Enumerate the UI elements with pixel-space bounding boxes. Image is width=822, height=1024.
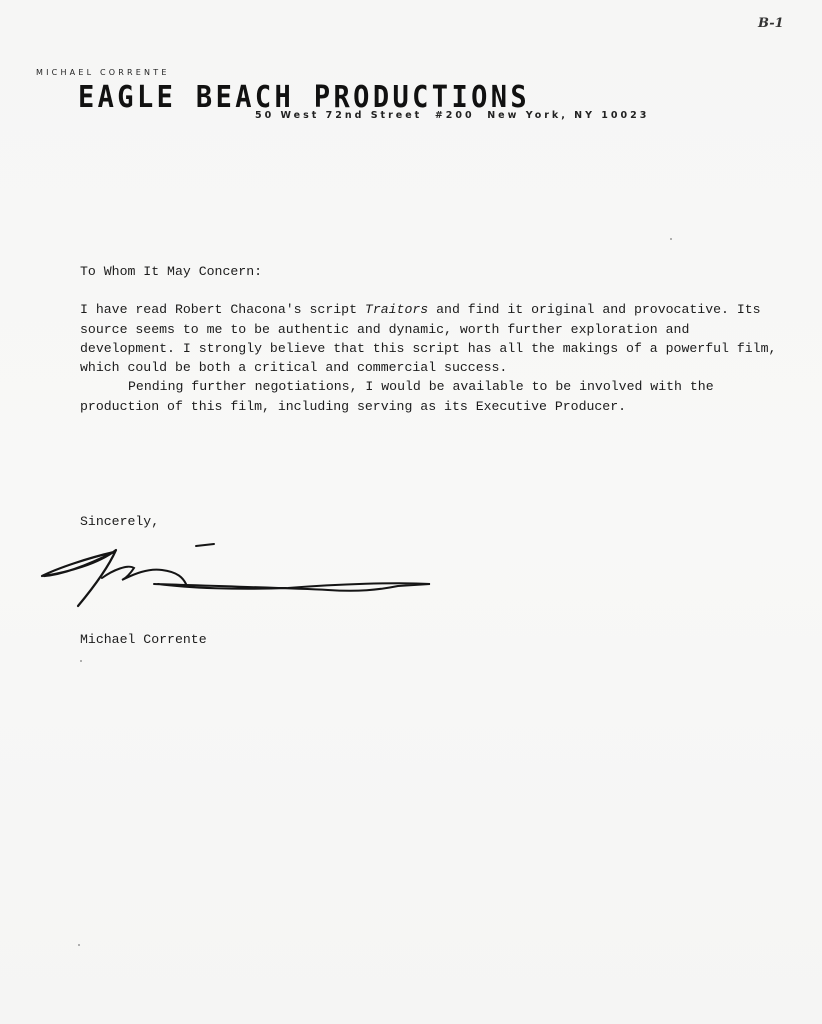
signer-name: Michael Corrente [80,632,207,647]
letterhead-address: 50 West 72nd Street #200 New York, NY 10… [255,110,649,121]
paragraph-1-start: I have read Robert Chacona's script [80,302,365,317]
closing: Sincerely, [80,514,159,529]
paragraph-1: I have read Robert Chacona's script Trai… [80,300,780,377]
paragraph-2: Pending further negotiations, I would be… [80,377,780,416]
page-number: B-1 [758,16,784,31]
paper-speck [78,944,80,946]
salutation: To Whom It May Concern: [80,262,780,281]
letter-page: B-1 MICHAEL CORRENTE EAGLE BEACH PRODUCT… [0,0,822,1024]
letter-body: To Whom It May Concern: I have read Robe… [80,262,780,416]
signature-image [38,538,438,618]
letterhead-person: MICHAEL CORRENTE [36,68,170,77]
paper-speck [80,660,82,662]
script-title: Traitors [365,302,428,317]
paper-speck [670,238,672,240]
